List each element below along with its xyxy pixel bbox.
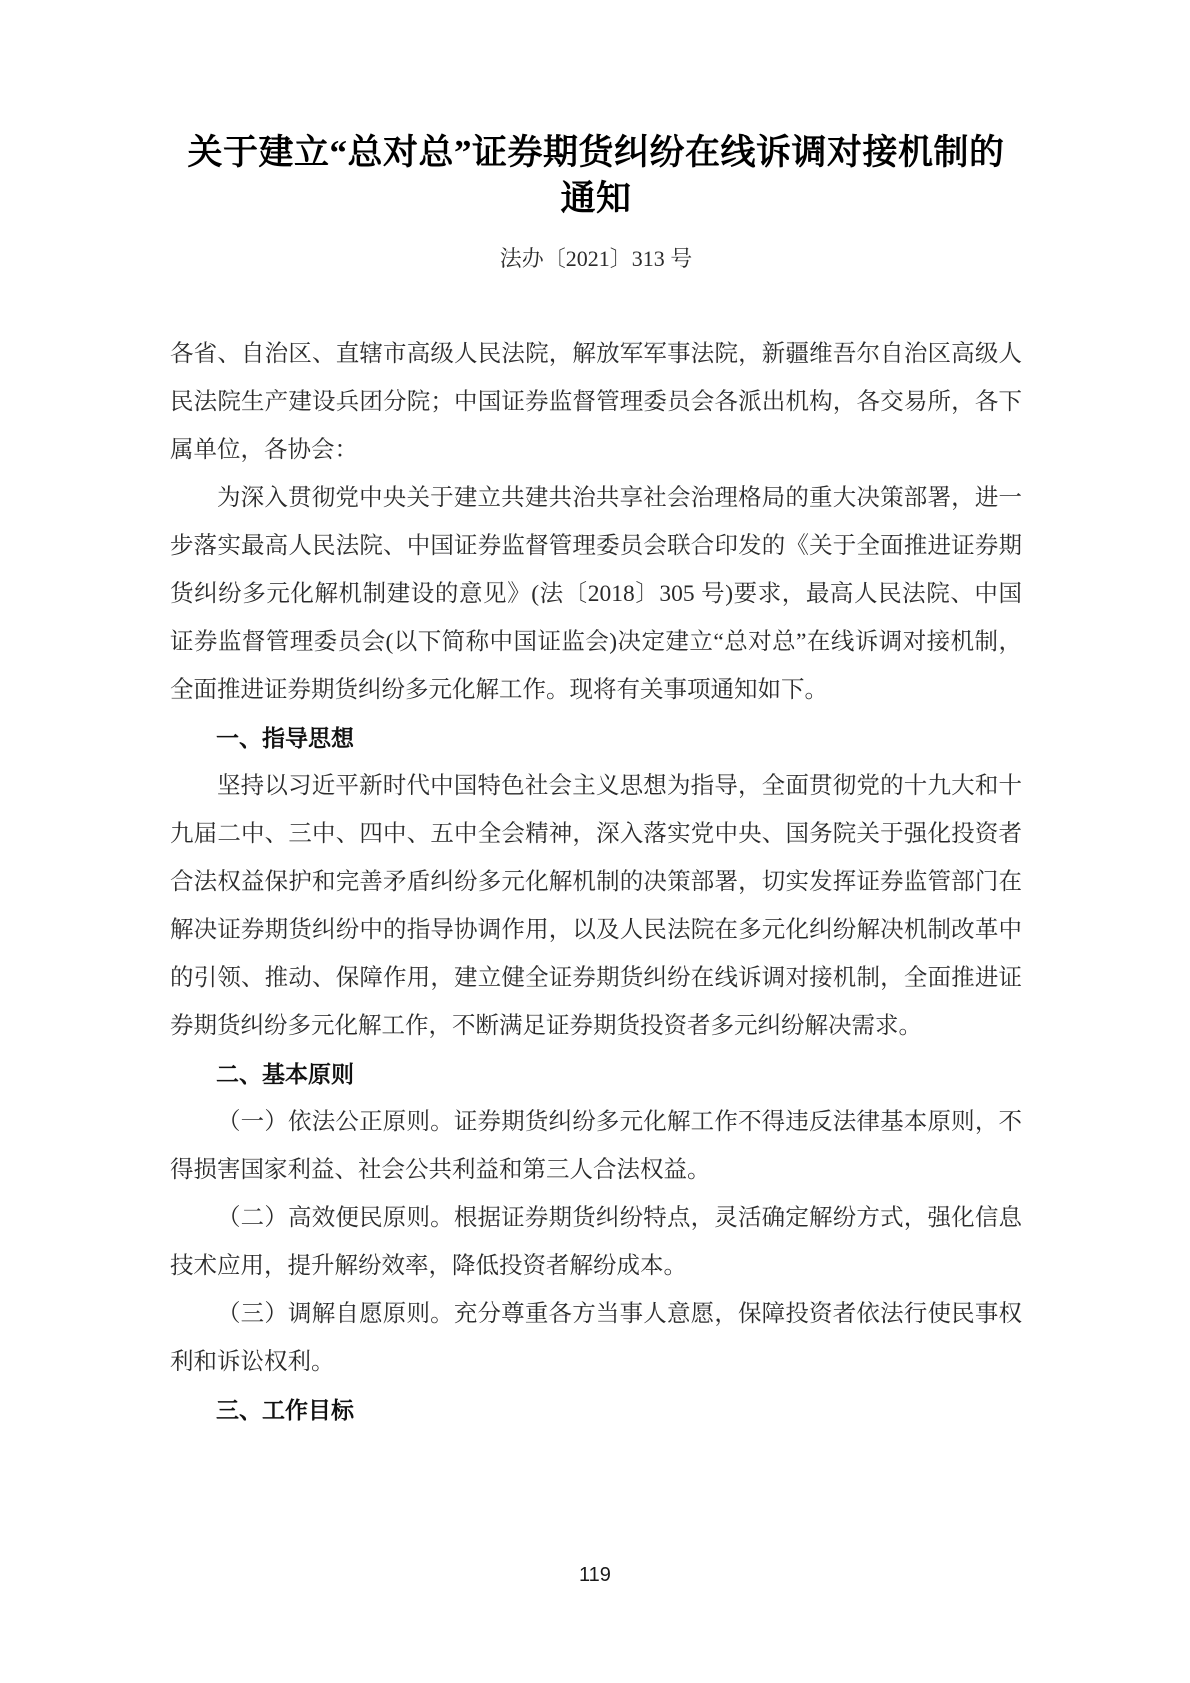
paragraph-principle-1: （一）依法公正原则。证券期货纠纷多元化解工作不得违反法律基本原则，不得损害国家利… bbox=[170, 1098, 1022, 1194]
document-body: 各省、自治区、直辖市高级人民法院，解放军军事法院，新疆维吾尔自治区高级人民法院生… bbox=[170, 330, 1022, 1434]
paragraph-principle-2: （二）高效便民原则。根据证券期货纠纷特点，灵活确定解纷方式，强化信息技术应用，提… bbox=[170, 1194, 1022, 1290]
section-heading-3: 三、工作目标 bbox=[170, 1386, 1022, 1434]
paragraph-addressees: 各省、自治区、直辖市高级人民法院，解放军军事法院，新疆维吾尔自治区高级人民法院生… bbox=[170, 330, 1022, 474]
paragraph-intro: 为深入贯彻党中央关于建立共建共治共享社会治理格局的重大决策部署，进一步落实最高人… bbox=[170, 474, 1022, 714]
section-heading-1: 一、指导思想 bbox=[170, 714, 1022, 762]
document-title: 关于建立“总对总”证券期货纠纷在线诉调对接机制的通知 bbox=[170, 130, 1022, 222]
section-heading-2: 二、基本原则 bbox=[170, 1050, 1022, 1098]
page-number: 119 bbox=[0, 1562, 1190, 1588]
paragraph-principle-3: （三）调解自愿原则。充分尊重各方当事人意愿，保障投资者依法行使民事权利和诉讼权利… bbox=[170, 1290, 1022, 1386]
document-number: 法办〔2021〕313 号 bbox=[170, 244, 1022, 274]
document-page: 关于建立“总对总”证券期货纠纷在线诉调对接机制的通知 法办〔2021〕313 号… bbox=[0, 0, 1190, 1683]
paragraph-guiding-ideology: 坚持以习近平新时代中国特色社会主义思想为指导，全面贯彻党的十九大和十九届二中、三… bbox=[170, 762, 1022, 1050]
